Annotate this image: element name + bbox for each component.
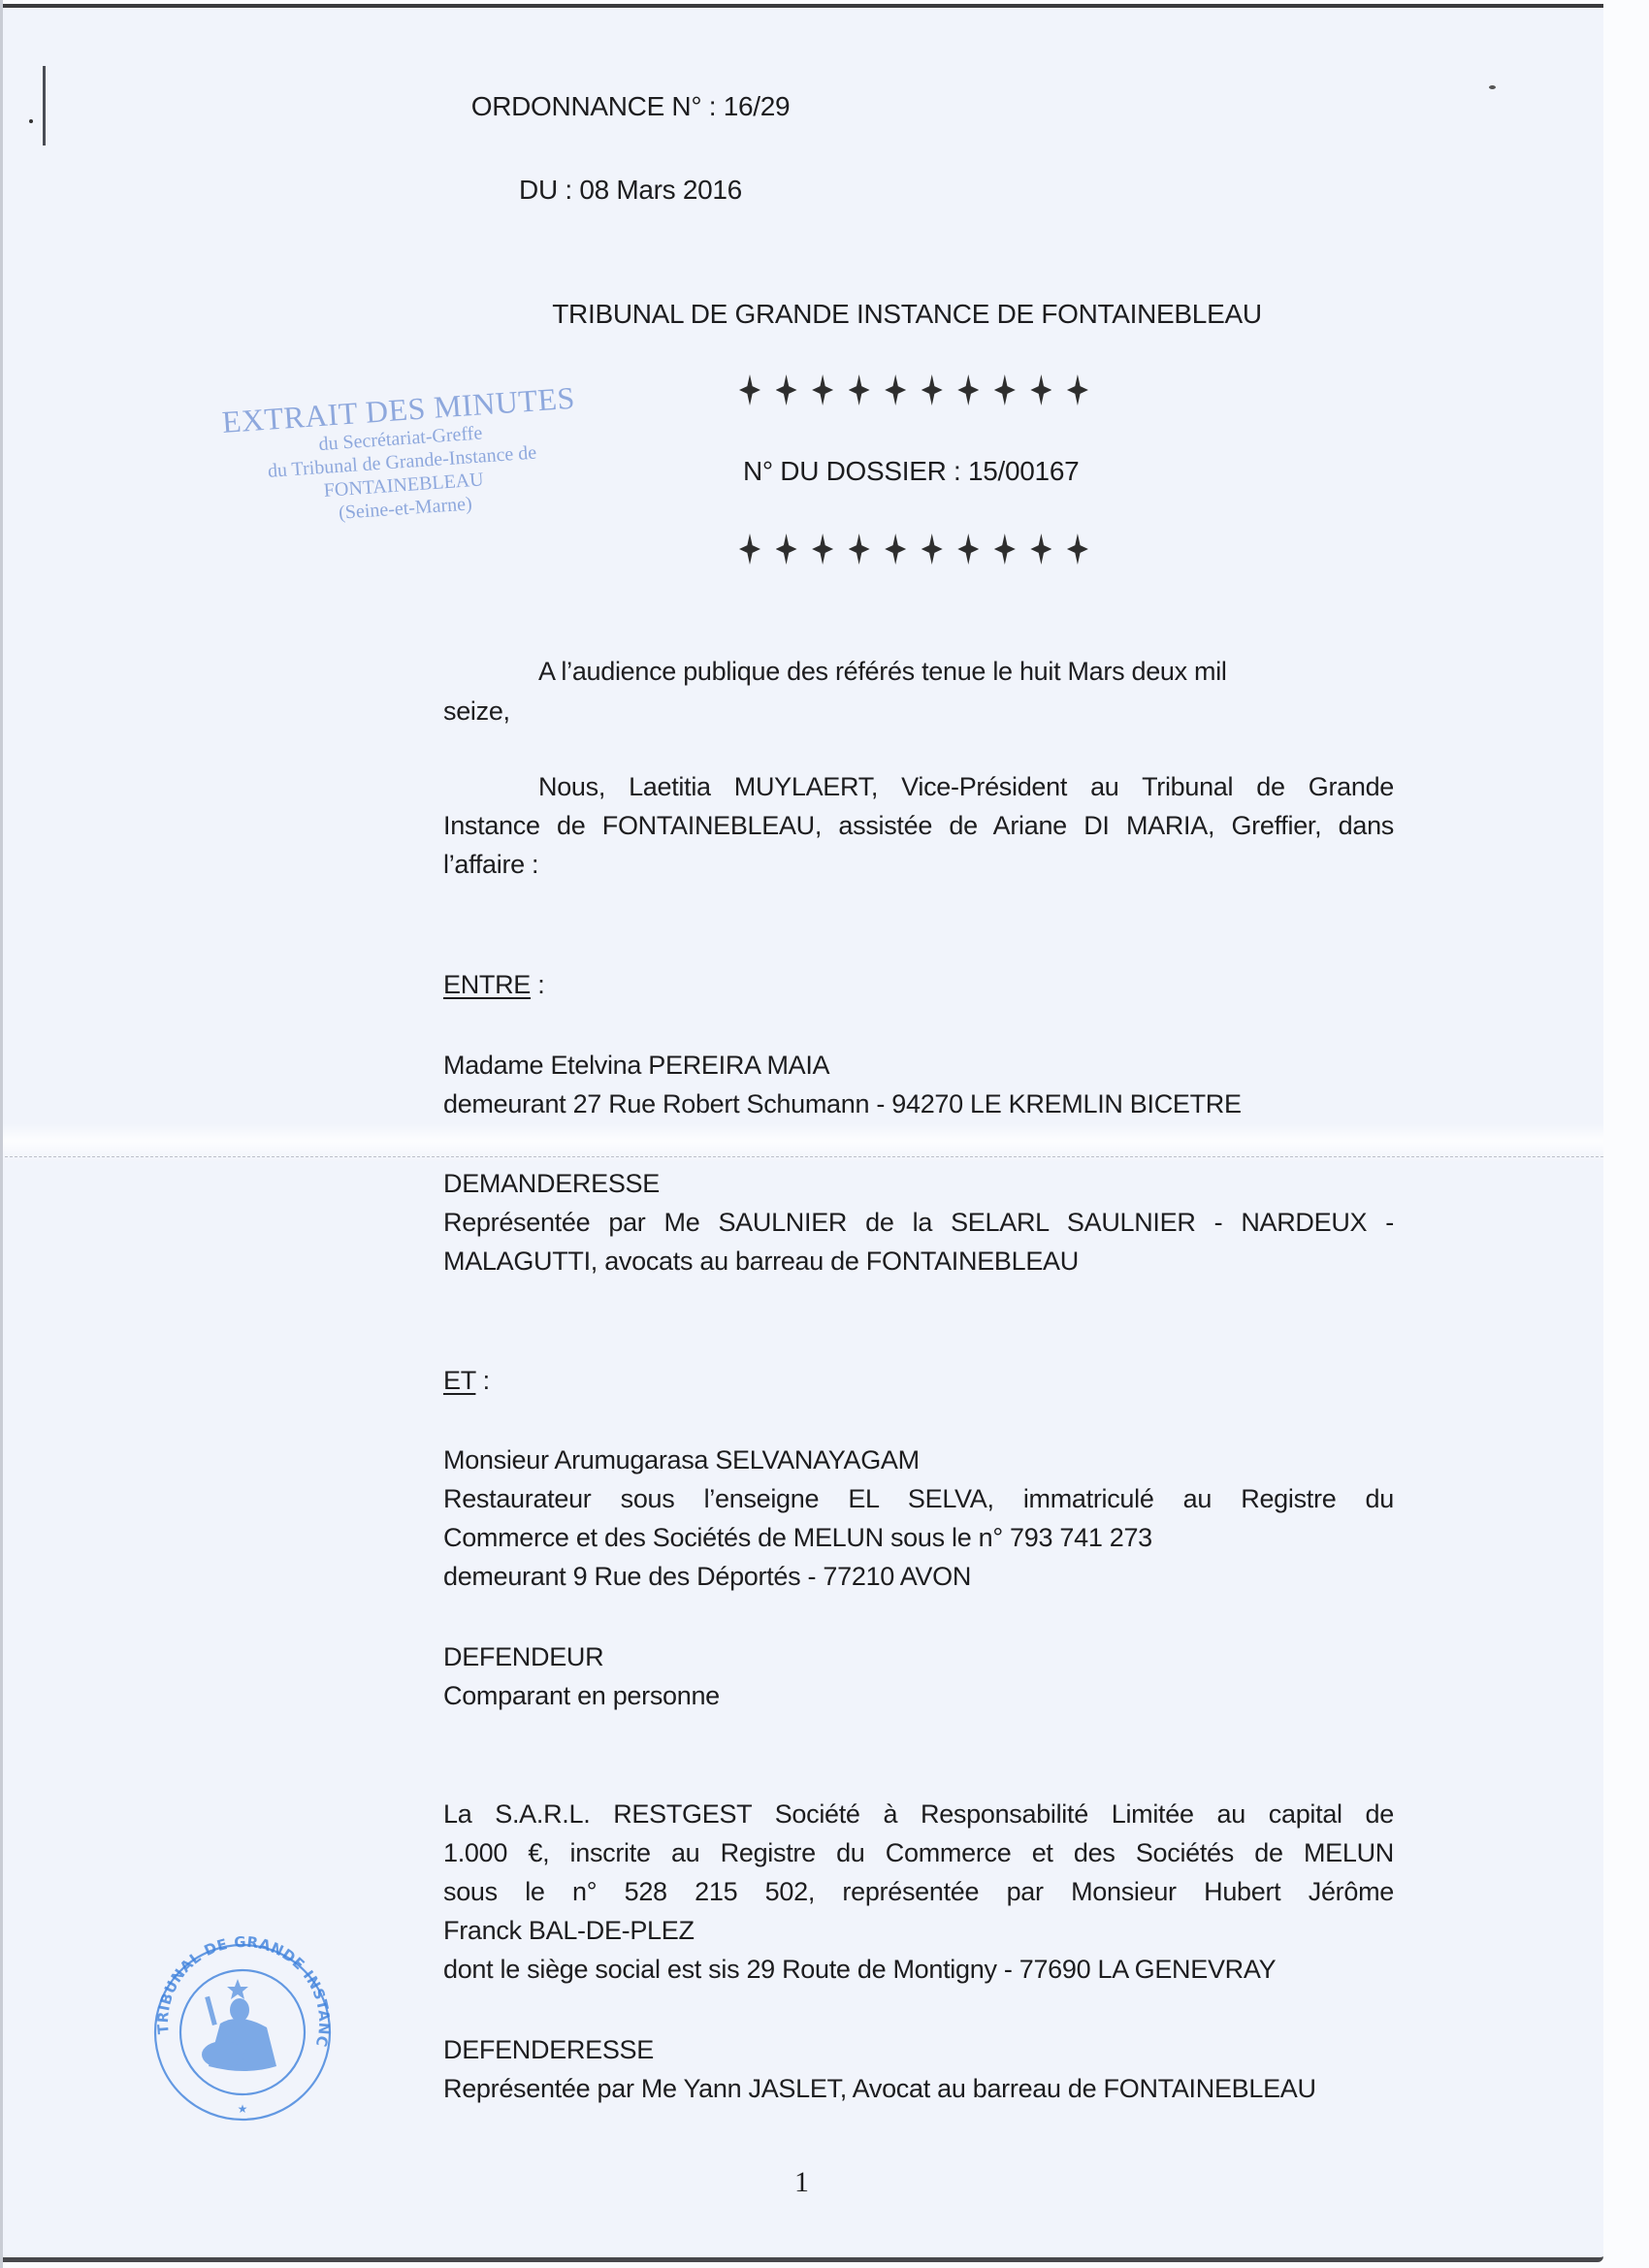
defendant2-line-3: sous le n° 528 215 502, représentée par … bbox=[443, 1872, 1394, 1911]
ordonnance-date: DU : 08 Mars 2016 bbox=[0, 171, 1261, 210]
four-pointed-star-icon bbox=[776, 534, 797, 565]
four-pointed-star-icon bbox=[1067, 534, 1088, 565]
plaintiff-address: demeurant 27 Rue Robert Schumann - 94270… bbox=[443, 1085, 1242, 1123]
four-pointed-star-icon bbox=[885, 374, 906, 405]
plaintiff-role: DEMANDERESSE bbox=[443, 1164, 660, 1203]
four-pointed-star-icon bbox=[994, 534, 1016, 565]
four-pointed-star-icon bbox=[849, 374, 870, 405]
plaintiff-rep-line-2: MALAGUTTI, avocats au barreau de FONTAIN… bbox=[443, 1242, 1079, 1280]
scan-speck bbox=[1489, 85, 1496, 89]
defendant2-rep: Représentée par Me Yann JASLET, Avocat a… bbox=[443, 2069, 1316, 2108]
four-pointed-star-icon bbox=[1030, 374, 1051, 405]
four-pointed-star-icon bbox=[1030, 534, 1051, 565]
defendant1-status: Comparant en personne bbox=[443, 1676, 720, 1715]
entre-colon: : bbox=[531, 970, 544, 999]
paper-fold-line bbox=[0, 1156, 1603, 1157]
four-pointed-star-icon bbox=[885, 534, 906, 565]
nous-line-3: l’affaire : bbox=[443, 845, 538, 884]
separator-top bbox=[739, 374, 1088, 405]
intro-line-2: seize, bbox=[443, 692, 510, 730]
four-pointed-star-icon bbox=[921, 374, 943, 405]
nous-line-1: Nous, Laetitia MUYLAERT, Vice-Président … bbox=[538, 767, 1394, 806]
scan-edge bbox=[0, 0, 3, 2268]
defendant2-address: dont le siège social est sis 29 Route de… bbox=[443, 1950, 1276, 1989]
extrait-des-minutes-stamp: EXTRAIT DES MINUTES du Secrétariat-Greff… bbox=[209, 379, 595, 534]
svg-text:★: ★ bbox=[238, 2102, 248, 2116]
intro-line-1: A l’audience publique des référés tenue … bbox=[538, 652, 1227, 691]
document-page: ORDONNANCE N° : 16/29 DU : 08 Mars 2016 … bbox=[0, 4, 1603, 2262]
dossier-number: N° DU DOSSIER : 15/00167 bbox=[743, 452, 1079, 491]
defendant2-role: DEFENDERESSE bbox=[443, 2030, 654, 2069]
defendant2-line-1: La S.A.R.L. RESTGEST Société à Responsab… bbox=[443, 1795, 1394, 1833]
nous-line-2: Instance de FONTAINEBLEAU, assistée de A… bbox=[443, 806, 1394, 845]
four-pointed-star-icon bbox=[994, 374, 1016, 405]
defendant2-line-4: Franck BAL-DE-PLEZ bbox=[443, 1911, 695, 1950]
four-pointed-star-icon bbox=[957, 374, 979, 405]
four-pointed-star-icon bbox=[739, 374, 760, 405]
entre-label: ENTRE bbox=[443, 970, 531, 999]
defendant2-line-2: 1.000 €, inscrite au Registre du Commerc… bbox=[443, 1833, 1394, 1872]
defendant1-role: DEFENDEUR bbox=[443, 1637, 603, 1676]
defendant1-name: Monsieur Arumugarasa SELVANAYAGAM bbox=[443, 1441, 920, 1479]
plaintiff-rep-line-1: Représentée par Me SAULNIER de la SELARL… bbox=[443, 1203, 1394, 1242]
marianne-seal-icon: TRIBUNAL DE GRANDE INSTANCE DE FONTAINEB… bbox=[131, 1930, 354, 2124]
four-pointed-star-icon bbox=[921, 534, 943, 565]
four-pointed-star-icon bbox=[776, 374, 797, 405]
et-heading: ET : bbox=[443, 1361, 490, 1400]
four-pointed-star-icon bbox=[739, 534, 760, 565]
separator-bottom bbox=[739, 534, 1088, 565]
four-pointed-star-icon bbox=[812, 534, 833, 565]
et-label: ET bbox=[443, 1366, 475, 1395]
defendant1-line-2: Commerce et des Sociétés de MELUN sous l… bbox=[443, 1518, 1152, 1557]
defendant1-line-1: Restaurateur sous l’enseigne EL SELVA, i… bbox=[443, 1479, 1394, 1518]
ordonnance-number: ORDONNANCE N° : 16/29 bbox=[0, 87, 1261, 126]
court-name: TRIBUNAL DE GRANDE INSTANCE DE FONTAINEB… bbox=[0, 295, 1649, 334]
page-number: 1 bbox=[0, 2166, 1603, 2199]
defendant1-address: demeurant 9 Rue des Déportés - 77210 AVO… bbox=[443, 1557, 971, 1596]
four-pointed-star-icon bbox=[1067, 374, 1088, 405]
four-pointed-star-icon bbox=[849, 534, 870, 565]
entre-heading: ENTRE : bbox=[443, 965, 544, 1004]
four-pointed-star-icon bbox=[812, 374, 833, 405]
et-colon: : bbox=[475, 1366, 489, 1395]
four-pointed-star-icon bbox=[957, 534, 979, 565]
plaintiff-name: Madame Etelvina PEREIRA MAIA bbox=[443, 1046, 829, 1085]
